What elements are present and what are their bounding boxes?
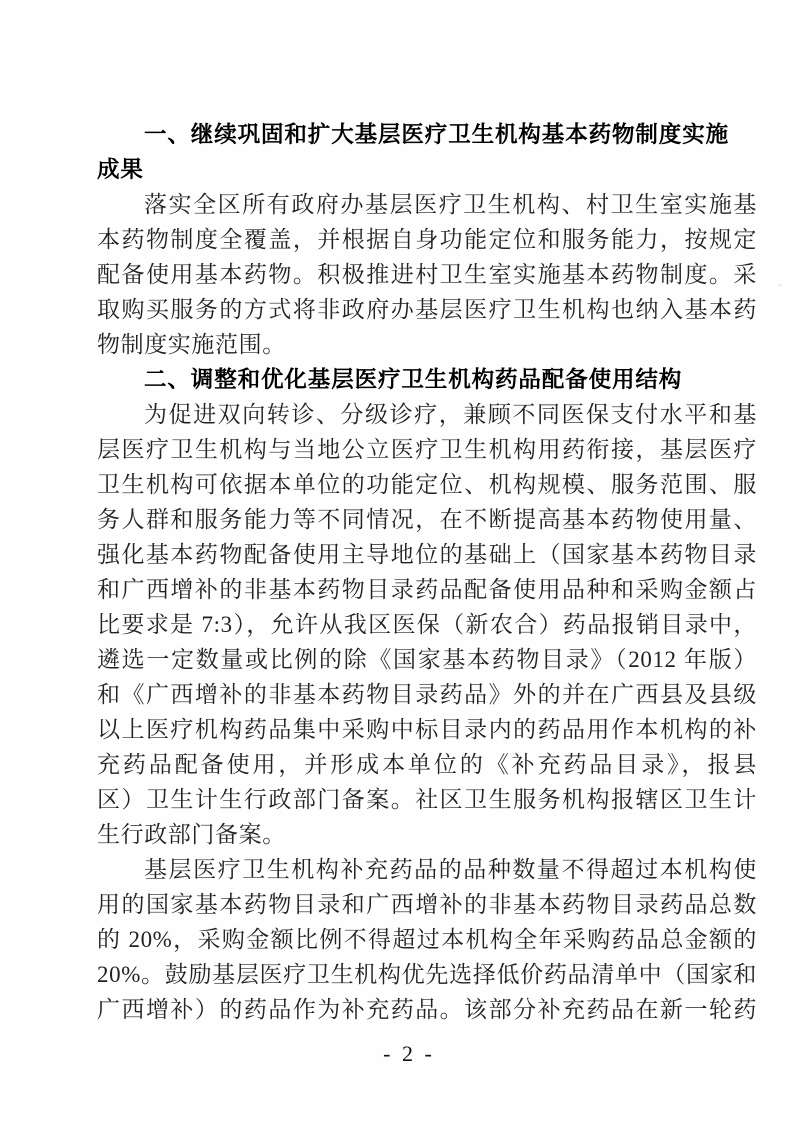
section-1-heading: 一、继续巩固和扩大基层医疗卫生机构基本药物制度实施成果 — [97, 117, 757, 187]
text-line: 为促进双向转诊、分级诊疗，兼顾不同医保支付水平和基 — [97, 397, 757, 432]
text-line: 20%。鼓励基层医疗卫生机构优先选择低价药品清单中（国家和 — [97, 957, 757, 992]
text-line: 落实全区所有政府办基层医疗卫生机构、村卫生室实施基 — [97, 187, 757, 222]
text-line: 充药品配备使用，并形成本单位的《补充药品目录》，报县（市、 — [97, 747, 757, 782]
scan-artifact: “ — [778, 284, 785, 294]
text-line: 区）卫生计生行政部门备案。社区卫生服务机构报辖区卫生计 — [97, 782, 757, 817]
text-line: 取购买服务的方式将非政府办基层医疗卫生机构也纳入基本药 — [97, 292, 757, 327]
text-line: 配备使用基本药物。积极推进村卫生室实施基本药物制度。采 — [97, 257, 757, 292]
text-line: 用的国家基本药物目录和广西增补的非基本药物目录药品总数 — [97, 887, 757, 922]
section-2-heading: 二、调整和优化基层医疗卫生机构药品配备使用结构 — [97, 362, 757, 397]
text-line: 二、调整和优化基层医疗卫生机构药品配备使用结构 — [97, 362, 757, 397]
paragraph-3: 基层医疗卫生机构补充药品的品种数量不得超过本机构使用的国家基本药物目录和广西增补… — [97, 852, 757, 1027]
text-line: 广西增补）的药品作为补充药品。该部分补充药品在新一轮药 — [97, 992, 757, 1027]
text-line: 务人群和服务能力等不同情况，在不断提高基本药物使用量、 — [97, 502, 757, 537]
text-line: 基层医疗卫生机构补充药品的品种数量不得超过本机构使 — [97, 852, 757, 887]
text-line: 卫生机构可依据本单位的功能定位、机构规模、服务范围、服 — [97, 467, 757, 502]
paragraph-1: 落实全区所有政府办基层医疗卫生机构、村卫生室实施基本药物制度全覆盖，并根据自身功… — [97, 187, 757, 362]
text-line: 的 20%，采购金额比例不得超过本机构全年采购药品总金额的 — [97, 922, 757, 957]
text-line: 层医疗卫生机构与当地公立医疗卫生机构用药衔接，基层医疗 — [97, 432, 757, 467]
text-line: 生行政部门备案。 — [97, 817, 757, 852]
text-line: 比要求是 7:3），允许从我区医保（新农合）药品报销目录中， — [97, 607, 757, 642]
paragraph-2: 为促进双向转诊、分级诊疗，兼顾不同医保支付水平和基层医疗卫生机构与当地公立医疗卫… — [97, 397, 757, 852]
text-line: 本药物制度全覆盖，并根据自身功能定位和服务能力，按规定 — [97, 222, 757, 257]
document-body: 一、继续巩固和扩大基层医疗卫生机构基本药物制度实施成果落实全区所有政府办基层医疗… — [97, 117, 757, 1027]
text-line: 强化基本药物配备使用主导地位的基础上（国家基本药物目录 — [97, 537, 757, 572]
text-line: 一、继续巩固和扩大基层医疗卫生机构基本药物制度实施 — [97, 117, 757, 152]
page-number: - 2 - — [0, 1041, 800, 1067]
text-line: 和广西增补的非基本药物目录药品配备使用品种和采购金额占 — [97, 572, 757, 607]
text-line: 以上医疗机构药品集中采购中标目录内的药品用作本机构的补 — [97, 712, 757, 747]
text-line: 遴选一定数量或比例的除《国家基本药物目录》（2012 年版） — [97, 642, 757, 677]
text-line: 物制度实施范围。 — [97, 327, 757, 362]
text-line: 成果 — [97, 152, 757, 187]
document-page: 一、继续巩固和扩大基层医疗卫生机构基本药物制度实施成果落实全区所有政府办基层医疗… — [0, 0, 800, 1131]
text-line: 和《广西增补的非基本药物目录药品》外的并在广西县及县级 — [97, 677, 757, 712]
